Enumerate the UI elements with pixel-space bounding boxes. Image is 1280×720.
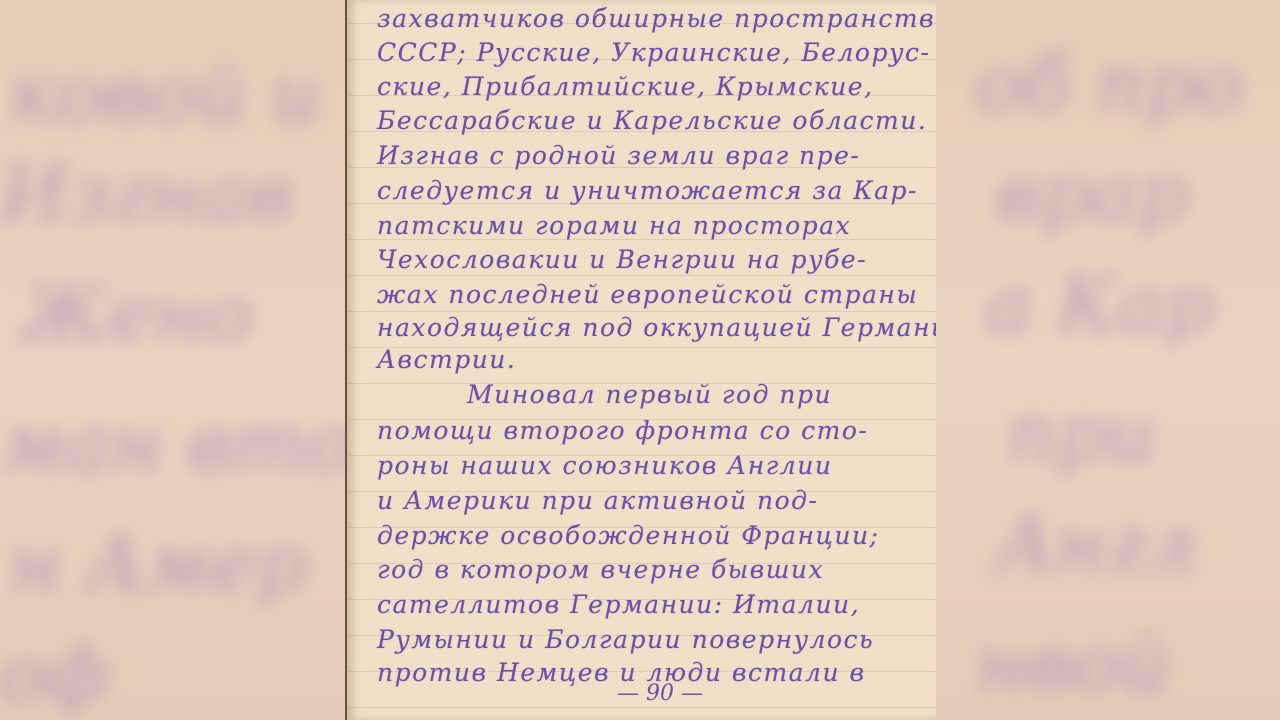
blurred-text: врар <box>996 150 1188 240</box>
text-line: год в котором вчерне бывших <box>377 555 824 584</box>
blurred-text: ковой и <box>10 50 321 140</box>
blurred-background-left: ковой и Изгнав Жено ман вто н Амер оф <box>0 0 345 720</box>
text-line: Бессарабские и Карельские области. <box>377 106 927 135</box>
blurred-text: а Кар <box>986 260 1214 350</box>
blurred-text: Жено <box>20 270 252 360</box>
text-line: следуется и уничтожается за Кар- <box>377 176 918 205</box>
text-line: и Америки при активной под- <box>377 486 818 515</box>
text-line: Румынии и Болгарии повернулось <box>377 625 874 654</box>
text-line: помощи второго фронта со сто- <box>377 416 868 445</box>
text-line: роны наших союзников Англии <box>377 451 832 480</box>
blurred-text: н Амер <box>10 520 306 610</box>
text-line: держке освобожденной Франции; <box>377 521 879 550</box>
notebook-page: захватчиков обширные пространства СССР; … <box>345 0 938 720</box>
text-line: жах последней европейской страны <box>377 280 918 309</box>
text-line: Изгнав с родной земли враг пре- <box>377 141 860 170</box>
text-line: сателлитов Германии: Италии, <box>377 590 860 619</box>
text-line: Австрии. <box>377 345 516 374</box>
blurred-text: ман вто <box>0 400 345 490</box>
blurred-text: нвой <box>976 620 1170 710</box>
blurred-text: об про <box>976 40 1243 130</box>
blurred-text: Изгнав <box>0 150 293 240</box>
text-line: Чехословакии и Венгрии на рубе- <box>377 245 867 274</box>
page-number: — 90 — <box>617 681 703 706</box>
blurred-text: Англ <box>996 500 1196 590</box>
text-line: патскими горами на просторах <box>377 211 851 240</box>
text-line: ские, Прибалтийские, Крымские, <box>377 72 874 101</box>
text-line: находящейся под оккупацией Германии- <box>377 313 976 342</box>
blurred-background-right: об про врар а Кар при Англ нвой <box>936 0 1280 720</box>
blurred-text: при <box>1006 390 1156 480</box>
text-line-paragraph-start: Миновал первый год при <box>467 380 832 409</box>
text-line: захватчиков обширные пространства <box>377 4 952 33</box>
text-line: СССР; Русские, Украинские, Белорус- <box>377 38 930 67</box>
blurred-text: оф <box>0 630 108 720</box>
